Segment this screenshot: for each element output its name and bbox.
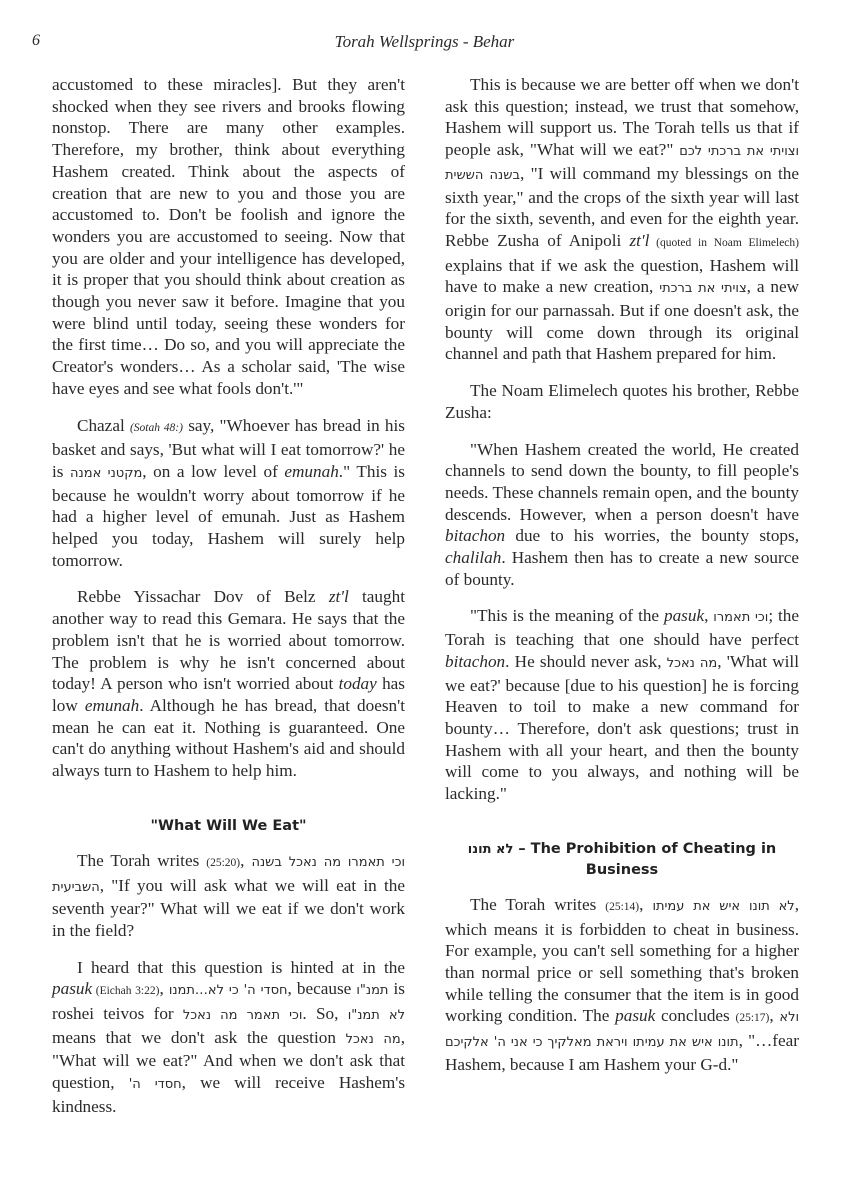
hebrew-text: מה נאכל	[667, 656, 718, 671]
paragraph: The Torah writes (25:14), לא תונו איש את…	[445, 894, 799, 1076]
hebrew-text: וכי תאמרו	[713, 610, 768, 625]
paragraph: Rebbe Yissachar Dov of Belz zt'l taught …	[52, 586, 405, 781]
source-citation: (25:20)	[206, 857, 240, 869]
source-citation: (25:14)	[605, 901, 639, 913]
hebrew-text: חסדי ה' כי לא…תמנו	[169, 983, 288, 998]
hebrew-text: מקטני אמנה	[70, 466, 142, 481]
paragraph: The Torah writes (25:20), וכי תאמרו מה נ…	[52, 850, 405, 942]
section-heading: "What Will We Eat"	[52, 816, 405, 836]
running-title: Torah Wellsprings - Behar	[0, 32, 849, 52]
section-heading: לא תונו – The Prohibition of Cheating in…	[445, 839, 799, 880]
hebrew-text: מה נאכל	[346, 1032, 401, 1047]
quote-paragraph: "This is the meaning of the pasuk, וכי ת…	[445, 605, 799, 804]
hebrew-text: לא תונו איש את עמיתו	[652, 899, 794, 914]
paragraph: I heard that this question is hinted at …	[52, 957, 405, 1118]
page-header: 6 Torah Wellsprings - Behar	[0, 32, 849, 56]
hebrew-text: וכי תאמר מה נאכל	[183, 1008, 303, 1023]
source-citation: (25:17)	[735, 1012, 769, 1024]
paragraph: The Noam Elimelech quotes his brother, R…	[445, 380, 799, 423]
paragraph: accustomed to these miracles]. But they …	[52, 74, 405, 400]
hebrew-text: תמנ"ו	[356, 983, 388, 998]
hebrew-text: לא תמנ"ו	[348, 1008, 405, 1023]
paragraph: Chazal (Sotah 48:) say, "Whoever has bre…	[52, 415, 405, 572]
source-citation: (Eichah 3:22)	[92, 985, 159, 997]
hebrew-text: חסדי ה'	[129, 1077, 182, 1092]
source-citation: (quoted in Noam Elimelech)	[649, 237, 799, 249]
source-citation: (Sotah 48:)	[130, 422, 183, 434]
hebrew-text: צויתי את ברכתי	[659, 281, 746, 296]
paragraph: This is because we are better off when w…	[445, 74, 799, 365]
quote-paragraph: "When Hashem created the world, He creat…	[445, 439, 799, 591]
hebrew-text: לא תונו	[468, 842, 514, 857]
left-column: accustomed to these miracles]. But they …	[52, 74, 405, 1133]
right-column: This is because we are better off when w…	[445, 74, 799, 1090]
